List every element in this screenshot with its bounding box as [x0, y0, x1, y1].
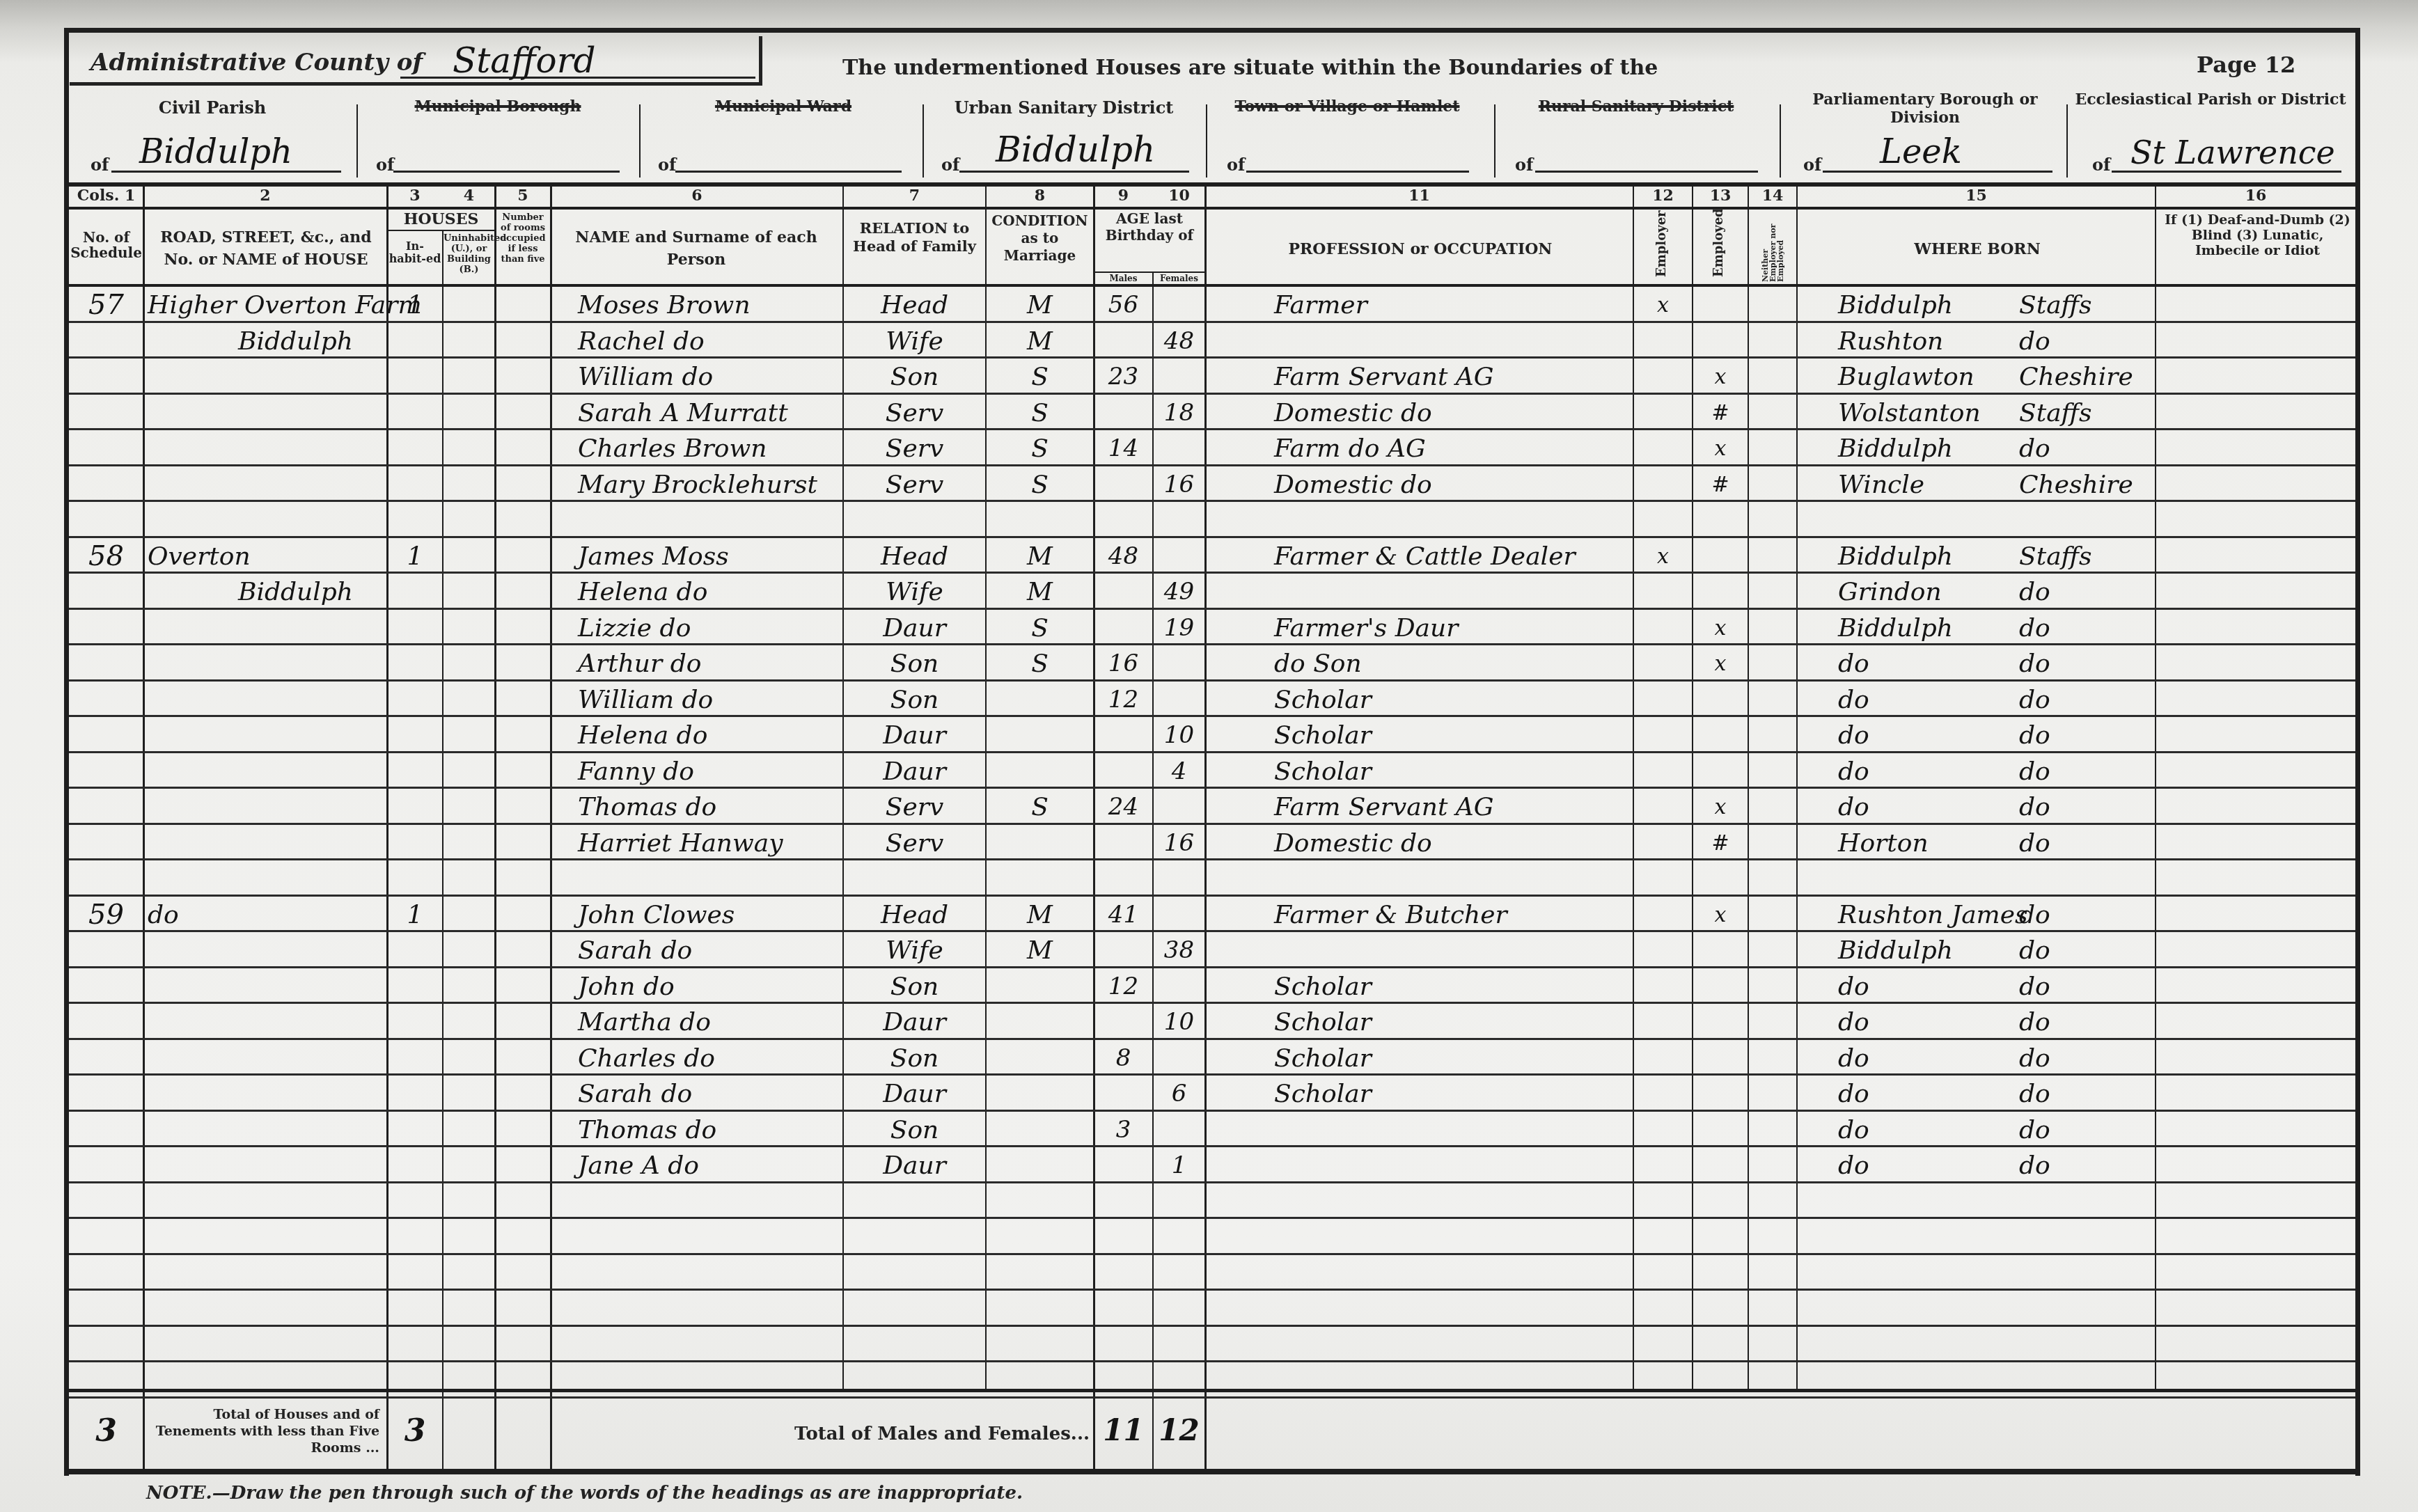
cell-male-age: 3 [1094, 1115, 1152, 1147]
cell-occupation: Farm Servant AG [1274, 361, 1629, 393]
colnum: 2 [144, 187, 386, 205]
colnum: 5 [496, 187, 550, 205]
cell-relation: Son [847, 1043, 982, 1075]
cell-relation: Daur [847, 756, 982, 788]
header-inhabited: In-habit-ed [388, 240, 442, 265]
table-row: 59do1John ClowesHeadM41Farmer & Butcherx… [0, 897, 2418, 933]
field-underline [1535, 171, 1758, 173]
cell-relation: Daur [847, 720, 982, 752]
total-males: 11 [1094, 1413, 1152, 1447]
table-row: Helena doDaur10Scholardodo [0, 717, 2418, 753]
divider [1780, 104, 1781, 178]
header-neither: Neither Employer nor Employed [1761, 216, 1785, 282]
boundary-label: Municipal Borough [359, 97, 637, 116]
colnum: 10 [1154, 187, 1204, 205]
cell-inhabited: 1 [388, 541, 442, 573]
cell-born-county: do [2019, 326, 2155, 358]
cell-born-county: do [2019, 899, 2155, 931]
table-row [0, 502, 2418, 538]
boundary-label: Urban Sanitary District [925, 97, 1203, 118]
colnum: 14 [1749, 187, 1796, 205]
cell-condition: S [990, 433, 1090, 465]
cell-female-age: 10 [1154, 1007, 1204, 1039]
cell-condition: M [990, 935, 1090, 967]
table-row: Sarah doDaur6Scholardodo [0, 1076, 2418, 1112]
table-row: Lizzie doDaurS19Farmer's DaurxBiddulphdo [0, 610, 2418, 646]
cell-male-age: 23 [1094, 361, 1152, 393]
cell-relation: Son [847, 1115, 982, 1147]
cell-employed: # [1693, 828, 1748, 860]
cell-relation: Serv [847, 828, 982, 860]
cell-born-place: do [1838, 720, 2033, 752]
cell-male-age: 12 [1094, 971, 1152, 1003]
total-houses-label: Total of Houses and of Tenements with le… [150, 1406, 379, 1456]
colnum-divider [66, 207, 2360, 210]
cell-male-age: 41 [1094, 899, 1152, 931]
boundary-label: Town or Village or Hamlet [1208, 97, 1486, 116]
header-females: Females [1154, 274, 1204, 283]
header-name: NAME and Surname of each Person [557, 226, 835, 271]
cell-occupation: Scholar [1274, 684, 1629, 716]
cell-occupation: Farmer & Butcher [1274, 899, 1629, 931]
boundary-label: Ecclesiastical Parish or District [2068, 90, 2353, 109]
cell-occupation: Farmer [1274, 290, 1629, 322]
of-label: of [376, 155, 394, 175]
cell-born-county: Staffs [2019, 290, 2155, 322]
of-label: of [1227, 155, 1245, 175]
cell-born-county: do [2019, 1043, 2155, 1075]
header-employer: Employer [1656, 221, 1668, 277]
cell-born-county: Staffs [2019, 541, 2155, 573]
cell-relation: Son [847, 648, 982, 680]
table-row [0, 1291, 2418, 1327]
cell-relation: Son [847, 684, 982, 716]
cell-condition: M [990, 290, 1090, 322]
boundary-label: Civil Parish [70, 97, 355, 118]
cell-born-county: do [2019, 1078, 2155, 1110]
page-number: Page 12 [2197, 52, 2295, 78]
header-address: ROAD, STREET, &c., and No. or NAME of HO… [148, 226, 384, 271]
cell-born-county: do [2019, 720, 2155, 752]
table-row [0, 860, 2418, 897]
boundary-label: Parliamentary Borough or Division [1782, 90, 2068, 127]
total-houses: 3 [388, 1413, 442, 1449]
cell-born-place: do [1838, 1078, 2033, 1110]
cell-relation: Wife [847, 576, 982, 608]
cell-occupation: Scholar [1274, 756, 1629, 788]
header-rooms: Number of rooms occupied if less than fi… [496, 212, 550, 265]
colnum: 7 [844, 187, 985, 205]
table-row: William doSon12Scholardodo [0, 682, 2418, 718]
header-age: AGE last Birthday of [1094, 210, 1204, 244]
colnum: 8 [987, 187, 1093, 205]
of-label: of [941, 155, 959, 175]
header-relation: RELATION to Head of Family [847, 219, 982, 255]
colnum: 11 [1206, 187, 1633, 205]
cell-born-county: do [2019, 684, 2155, 716]
cell-address: Biddulph [148, 326, 475, 358]
urban-district-value: Biddulph [996, 129, 1155, 170]
cell-name: Helena do [578, 576, 841, 608]
cell-born-place: Wolstanton [1838, 397, 2033, 430]
cell-born-place: do [1838, 1150, 2033, 1182]
table-row: Jane A doDaur1dodo [0, 1147, 2418, 1183]
parliamentary-value: Leek [1880, 132, 1962, 171]
header-infirmity: If (1) Deaf-and-Dumb (2) Blind (3) Lunat… [2162, 212, 2353, 258]
cell-born-county: do [2019, 648, 2155, 680]
cell-born-county: do [2019, 971, 2155, 1003]
header-males: Males [1094, 274, 1152, 283]
cell-female-age: 48 [1154, 326, 1204, 358]
cell-born-place: do [1838, 684, 2033, 716]
cell-condition: M [990, 576, 1090, 608]
table-row: 58Overton1James MossHeadM48Farmer & Catt… [0, 538, 2418, 574]
colnum: 15 [1798, 187, 2155, 205]
divider [1206, 104, 1207, 178]
cell-born-place: do [1838, 756, 2033, 788]
boundary-label: Rural Sanitary District [1497, 97, 1775, 116]
cell-name: William do [578, 361, 841, 393]
header-houses: HOUSES [388, 210, 494, 228]
cell-relation: Serv [847, 469, 982, 501]
cell-female-age: 4 [1154, 756, 1204, 788]
table-row: 57Higher Overton Farm1Moses BrownHeadM56… [0, 287, 2418, 323]
cell-condition: S [990, 792, 1090, 824]
table-row [0, 1327, 2418, 1363]
cell-born-place: Buglawton [1838, 361, 2033, 393]
header-where-born: WHERE BORN [1803, 240, 2151, 258]
cell-born-county: Staffs [2019, 397, 2155, 430]
of-label: of [658, 155, 676, 175]
county-value: Stafford [453, 40, 596, 81]
cell-born-county: do [2019, 935, 2155, 967]
header-uninhabited: Uninhabited (U.), or Building (B.) [443, 233, 494, 275]
cell-born-county: do [2019, 828, 2155, 860]
table-row [0, 1362, 2418, 1399]
cell-occupation: do Son [1274, 648, 1629, 680]
table-row: Harriet HanwayServ16Domestic do#Hortondo [0, 825, 2418, 861]
cell-address: Higher Overton Farm [148, 290, 384, 322]
cell-occupation: Scholar [1274, 1078, 1629, 1110]
cell-female-age: 6 [1154, 1078, 1204, 1110]
of-label: of [91, 155, 109, 175]
cell-occupation: Scholar [1274, 1043, 1629, 1075]
table-row: BiddulphHelena doWifeM49Grindondo [0, 574, 2418, 610]
cell-born-county: Cheshire [2019, 469, 2155, 501]
cell-employed: # [1693, 469, 1748, 501]
cell-female-age: 16 [1154, 828, 1204, 860]
cell-name: Arthur do [578, 648, 841, 680]
cell-condition: M [990, 326, 1090, 358]
cell-name: Charles Brown [578, 433, 841, 465]
cell-born-place: do [1838, 1115, 2033, 1147]
cell-condition: S [990, 361, 1090, 393]
cell-condition: M [990, 541, 1090, 573]
field-underline [959, 171, 1189, 173]
cell-employed: x [1693, 361, 1748, 393]
cell-schedule: 57 [70, 290, 143, 322]
cell-born-place: Horton [1838, 828, 2033, 860]
cell-born-place: do [1838, 792, 2033, 824]
cell-address: Overton [148, 541, 384, 573]
cell-female-age: 38 [1154, 935, 1204, 967]
boundary-label: Municipal Ward [641, 97, 926, 116]
cell-occupation: Domestic do [1274, 469, 1629, 501]
table-row: Arthur doSonS16do Sonxdodo [0, 645, 2418, 682]
cell-born-county: do [2019, 576, 2155, 608]
cell-name: Jane A do [578, 1150, 841, 1182]
frame-bottom [66, 1469, 2360, 1474]
totals-divider [66, 1389, 2360, 1392]
cell-condition: S [990, 613, 1090, 645]
cell-born-place: Rushton [1838, 326, 2033, 358]
colnum: 16 [2156, 187, 2355, 205]
table-row: Fanny doDaur4Scholardodo [0, 753, 2418, 789]
cell-occupation: Farmer & Cattle Dealer [1274, 541, 1629, 573]
footnote: NOTE.—Draw the pen through such of the w… [146, 1483, 1023, 1504]
census-page: Administrative County of Stafford The un… [0, 0, 2418, 1512]
cell-relation: Serv [847, 792, 982, 824]
cell-inhabited: 1 [388, 290, 442, 322]
cell-female-age: 18 [1154, 397, 1204, 430]
cell-employer: x [1634, 290, 1692, 322]
table-row: Mary BrocklehurstServS16Domestic do#Winc… [0, 466, 2418, 503]
table-row: Thomas doSon3dodo [0, 1112, 2418, 1148]
cell-born-place: do [1838, 648, 2033, 680]
table-row: John doSon12Scholardodo [0, 968, 2418, 1005]
cell-relation: Daur [847, 613, 982, 645]
cell-name: Thomas do [578, 1115, 841, 1147]
cell-relation: Son [847, 361, 982, 393]
of-label: of [1515, 155, 1533, 175]
cell-relation: Serv [847, 397, 982, 430]
cell-male-age: 56 [1094, 290, 1152, 322]
cell-inhabited: 1 [388, 899, 442, 931]
cell-relation: Wife [847, 935, 982, 967]
cell-employed: x [1693, 792, 1748, 824]
divider [356, 104, 358, 178]
colnum: 3 [388, 187, 442, 205]
cell-female-age: 16 [1154, 469, 1204, 501]
table-row: Thomas doServS24Farm Servant AGxdodo [0, 789, 2418, 825]
cell-occupation: Domestic do [1274, 828, 1629, 860]
cell-born-county: do [2019, 1150, 2155, 1182]
of-label: of [1803, 155, 1821, 175]
total-females: 12 [1154, 1413, 1204, 1447]
cell-born-place: Biddulph [1838, 433, 2033, 465]
cell-born-place: do [1838, 1007, 2033, 1039]
total-persons-label: Total of Males and Females... [738, 1424, 1090, 1444]
cell-born-place: Biddulph [1838, 935, 2033, 967]
colnum: Cols. 1 [70, 187, 143, 205]
cell-male-age: 8 [1094, 1043, 1152, 1075]
cell-name: Sarah A Murratt [578, 397, 841, 430]
cell-employer: x [1634, 541, 1692, 573]
age-divider [1094, 271, 1204, 273]
cell-born-place: Biddulph [1838, 541, 2033, 573]
colnum: 6 [551, 187, 842, 205]
total-schedules: 3 [70, 1413, 143, 1449]
field-underline [675, 171, 902, 173]
header-schedule: No. of Schedule [70, 230, 143, 260]
cell-name: William do [578, 684, 841, 716]
county-label: Administrative County of [91, 49, 423, 77]
cell-address: do [148, 899, 384, 931]
cell-born-county: do [2019, 792, 2155, 824]
cell-born-county: Cheshire [2019, 361, 2155, 393]
cell-employed: x [1693, 613, 1748, 645]
ecclesiastical-value: St Lawrence [2130, 134, 2335, 171]
cell-occupation: Farm do AG [1274, 433, 1629, 465]
cell-name: Charles do [578, 1043, 841, 1075]
divider [2066, 104, 2068, 178]
cell-born-county: do [2019, 1007, 2155, 1039]
cell-born-place: Rushton James [1838, 899, 2033, 931]
cell-name: Sarah do [578, 1078, 841, 1110]
colnum: 12 [1634, 187, 1692, 205]
field-underline [393, 171, 620, 173]
header-employed: Employed [1713, 221, 1725, 277]
civil-parish-value: Biddulph [139, 132, 292, 171]
cell-name: Fanny do [578, 756, 841, 788]
cell-born-county: do [2019, 1115, 2155, 1147]
cell-name: Sarah do [578, 935, 841, 967]
cell-occupation: Scholar [1274, 971, 1629, 1003]
cell-occupation: Scholar [1274, 1007, 1629, 1039]
cell-born-county: do [2019, 756, 2155, 788]
table-row: William doSonS23Farm Servant AGxBuglawto… [0, 359, 2418, 395]
divider [1494, 104, 1495, 178]
cell-born-place: do [1838, 1043, 2033, 1075]
field-underline [1246, 171, 1469, 173]
table-row: BiddulphRachel doWifeM48Rushtondo [0, 323, 2418, 359]
cell-schedule: 58 [70, 541, 143, 573]
cell-male-age: 48 [1094, 541, 1152, 573]
cell-address: Biddulph [148, 576, 475, 608]
table-row: Sarah doWifeM38Biddulphdo [0, 932, 2418, 968]
cell-male-age: 24 [1094, 792, 1152, 824]
cell-relation: Daur [847, 1078, 982, 1110]
cell-relation: Head [847, 541, 982, 573]
colnum: 4 [443, 187, 494, 205]
divider [923, 104, 924, 178]
cell-name: James Moss [578, 541, 841, 573]
table-row: Charles doSon8Scholardodo [0, 1040, 2418, 1076]
table-row: Sarah A MurrattServS18Domestic do#Wolsta… [0, 395, 2418, 431]
table-row [0, 1255, 2418, 1291]
frame-top [66, 28, 2360, 33]
cell-name: Rachel do [578, 326, 841, 358]
cell-born-county: do [2019, 433, 2155, 465]
cell-name: Mary Brocklehurst [578, 469, 841, 501]
cell-occupation: Scholar [1274, 720, 1629, 752]
cell-condition: S [990, 397, 1090, 430]
cell-born-place: do [1838, 971, 2033, 1003]
cell-name: Lizzie do [578, 613, 841, 645]
cell-name: Thomas do [578, 792, 841, 824]
cell-male-age: 16 [1094, 648, 1152, 680]
header-condition: CONDITION as to Marriage [990, 212, 1090, 265]
boundary-banner: The undermentioned Houses are situate wi… [842, 56, 1658, 80]
cell-relation: Wife [847, 326, 982, 358]
cell-condition: S [990, 648, 1090, 680]
row-rule [69, 1396, 2355, 1399]
cell-male-age: 12 [1094, 684, 1152, 716]
cell-female-age: 1 [1154, 1150, 1204, 1182]
colnum: 9 [1094, 187, 1152, 205]
cell-born-place: Grindon [1838, 576, 2033, 608]
cell-condition: S [990, 469, 1090, 501]
cell-female-age: 19 [1154, 613, 1204, 645]
cell-relation: Daur [847, 1007, 982, 1039]
cell-female-age: 49 [1154, 576, 1204, 608]
cell-relation: Head [847, 899, 982, 931]
cell-born-place: Biddulph [1838, 290, 2033, 322]
cell-born-county: do [2019, 613, 2155, 645]
cell-relation: Head [847, 290, 982, 322]
cell-female-age: 10 [1154, 720, 1204, 752]
cell-name: Helena do [578, 720, 841, 752]
cell-relation: Serv [847, 433, 982, 465]
cell-employed: # [1693, 397, 1748, 430]
cell-relation: Son [847, 971, 982, 1003]
of-label: of [2092, 155, 2110, 175]
cell-condition: M [990, 899, 1090, 931]
cell-schedule: 59 [70, 899, 143, 931]
houses-divider [388, 230, 494, 231]
colnum: 13 [1693, 187, 1748, 205]
cell-relation: Daur [847, 1150, 982, 1182]
cell-male-age: 14 [1094, 433, 1152, 465]
cell-employed: x [1693, 433, 1748, 465]
cell-born-place: Wincle [1838, 469, 2033, 501]
cell-name: Martha do [578, 1007, 841, 1039]
cell-name: John Clowes [578, 899, 841, 931]
cell-name: Moses Brown [578, 290, 841, 322]
cell-born-place: Biddulph [1838, 613, 2033, 645]
table-row [0, 1183, 2418, 1220]
cell-occupation: Farm Servant AG [1274, 792, 1629, 824]
table-row [0, 1219, 2418, 1255]
table-row: Charles BrownServS14Farm do AGxBiddulphd… [0, 430, 2418, 466]
header-occupation: PROFESSION or OCCUPATION [1211, 240, 1629, 258]
table-row: Martha doDaur10Scholardodo [0, 1004, 2418, 1040]
cell-occupation: Farmer's Daur [1274, 613, 1629, 645]
cell-employed: x [1693, 648, 1748, 680]
cell-occupation: Domestic do [1274, 397, 1629, 430]
cell-employed: x [1693, 899, 1748, 931]
cell-name: Harriet Hanway [578, 828, 841, 860]
cell-name: John do [578, 971, 841, 1003]
